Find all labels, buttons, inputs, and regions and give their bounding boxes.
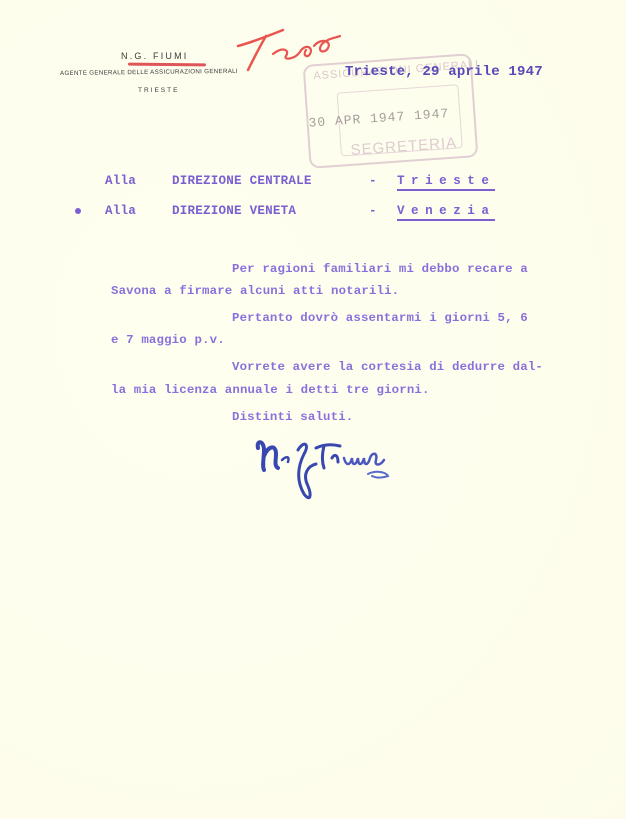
recipient-salutation: Alla	[105, 174, 136, 188]
body-line: Pertanto dovrò assentarmi i giorni 5, 6	[232, 311, 528, 325]
recipient-city: Trieste	[397, 174, 495, 191]
letter-date: Trieste, 29 aprile 1947	[345, 64, 543, 80]
recipient-dash: -	[369, 204, 377, 218]
body-line: Savona a firmare alcuni atti notarili.	[111, 284, 399, 298]
recipient-city: Venezia	[397, 204, 495, 221]
letter-page: N.G. FIUMI AGENTE GENERALE DELLE ASSICUR…	[0, 0, 626, 819]
recipient-row: Alla DIREZIONE CENTRALE - Trieste	[0, 174, 626, 192]
closing-line: Distinti saluti.	[232, 410, 353, 424]
letterhead-name: N.G. FIUMI	[121, 51, 189, 61]
recipient-salutation: Alla	[105, 204, 136, 218]
recipient-department: DIREZIONE CENTRALE	[172, 174, 312, 188]
recipient-row: Alla DIREZIONE VENETA - Venezia	[0, 204, 626, 222]
body-line: la mia licenza annuale i detti tre giorn…	[111, 383, 430, 397]
body-line: Per ragioni familiari mi debbo recare a	[232, 262, 528, 276]
recipient-dash: -	[369, 174, 377, 188]
body-line: e 7 maggio p.v.	[111, 333, 225, 347]
recipient-prefix-e-bullet-icon	[75, 208, 81, 214]
signature-icon	[252, 436, 432, 506]
letterhead-title: AGENTE GENERALE DELLE ASSICURAZIONI GENE…	[60, 68, 238, 77]
recipient-department: DIREZIONE VENETA	[172, 204, 296, 218]
letterhead-city: TRIESTE	[138, 87, 179, 94]
body-line: Vorrete avere la cortesia di dedurre dal…	[232, 360, 543, 374]
letterhead-red-underline	[128, 63, 206, 67]
